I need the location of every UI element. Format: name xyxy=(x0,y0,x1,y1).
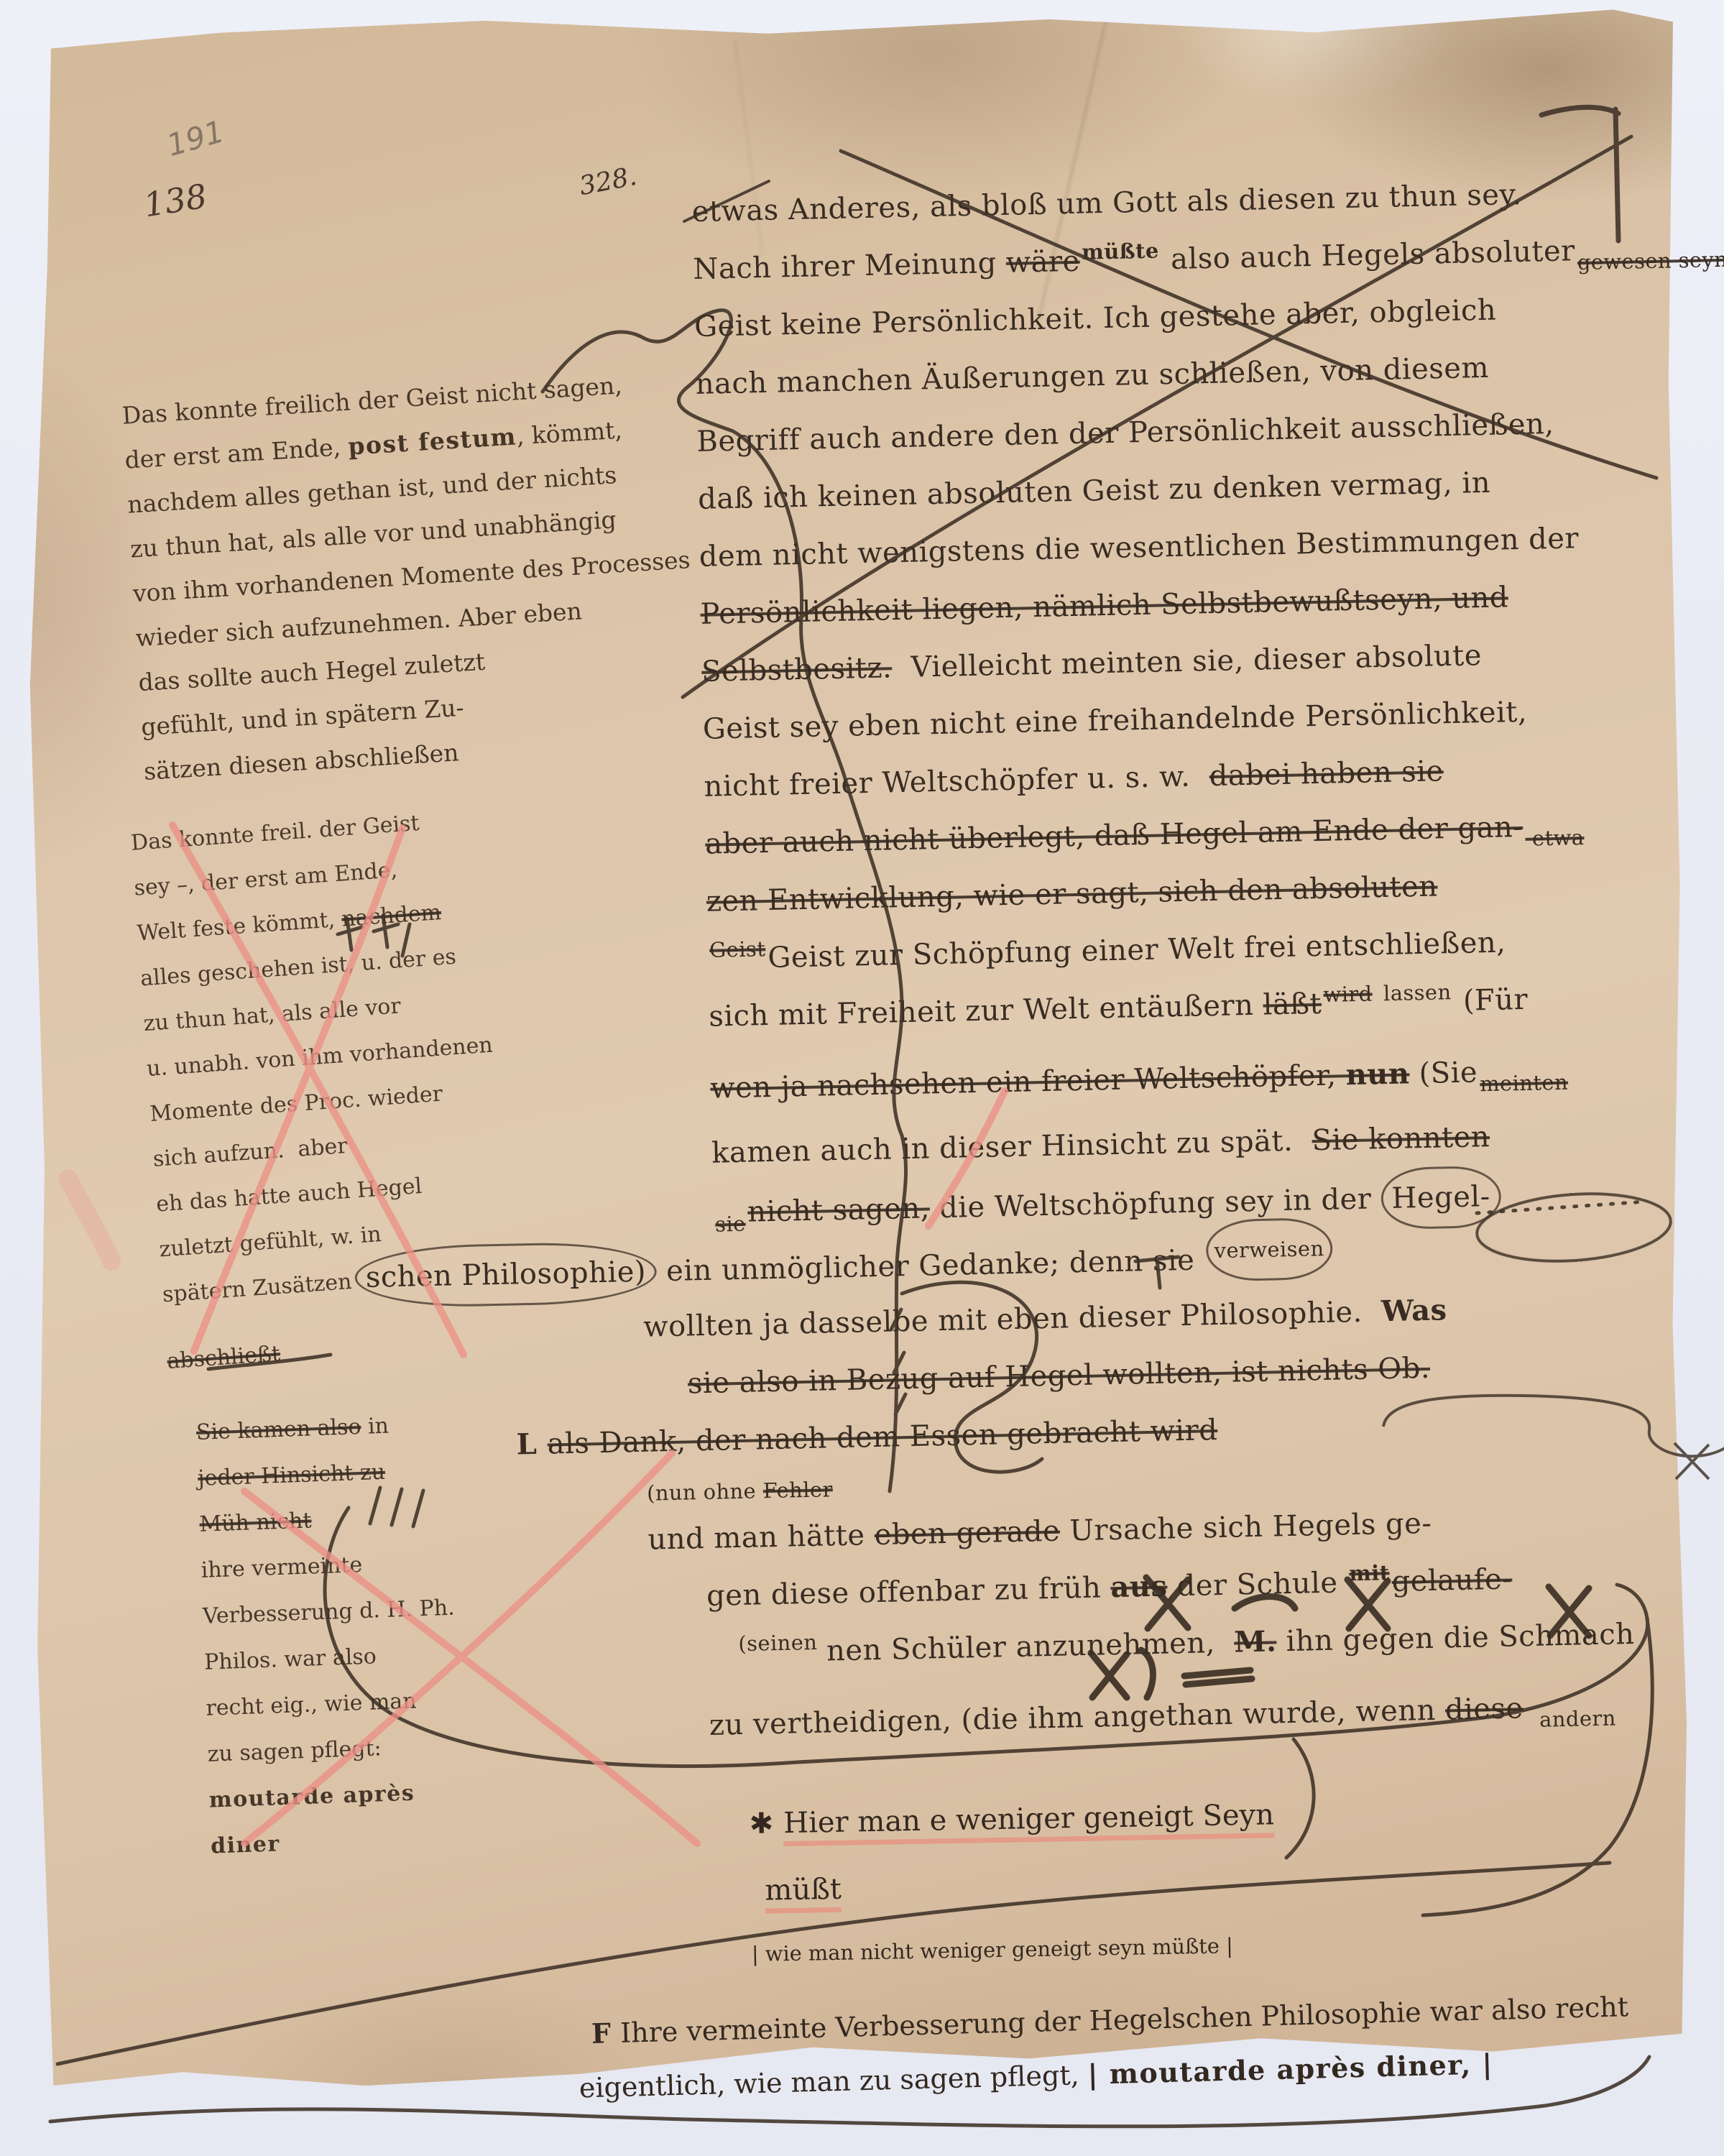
text-segment: Persönlichkeit liegen, nämlich Selbstbew… xyxy=(700,581,1508,631)
text-segment: | moutarde après diner, | xyxy=(1087,2047,1493,2091)
text-segment: mit xyxy=(1348,1544,1390,1602)
text-segment: dabei haben sie xyxy=(1209,755,1444,793)
text-segment: zuletzt gefühlt, w. in xyxy=(159,1222,382,1263)
text-segment: zu vertheidigen, (die ihm angethan wurde… xyxy=(709,1694,1445,1742)
text-segment: wäre xyxy=(1005,245,1080,280)
text-segment: L xyxy=(516,1427,548,1462)
text-segment: nachdem xyxy=(341,900,442,932)
text-segment: Ursache sich Hegels ge- xyxy=(1060,1507,1432,1548)
text-segment: abschließt xyxy=(166,1341,281,1374)
text-segment: schen Philosophie) xyxy=(354,1240,658,1309)
text-segment: nicht sagen, xyxy=(747,1192,931,1228)
text-segment: Vielleicht meinten sie, dieser absolute xyxy=(892,639,1483,684)
text-segment: diese xyxy=(1444,1692,1524,1726)
text-line: müßt xyxy=(765,1844,1541,1925)
text-segment: Begriff auch andere den der Persönlichke… xyxy=(696,407,1554,459)
text-segment: Hegel- xyxy=(1380,1166,1502,1230)
text-segment: wen ja nachsehen ein freier Weltschöpfer… xyxy=(710,1059,1346,1105)
text-segment: sie also in Bezug auf Hegel wollten, ist… xyxy=(688,1352,1431,1401)
text-segment: Geist keine Persönlichkeit. Ich gestehe … xyxy=(694,294,1497,344)
text-segment: Geist sey eben nicht eine freihandelnde … xyxy=(702,696,1527,746)
text-segment: ihn gegen die Schmach xyxy=(1276,1618,1635,1658)
text-segment: wollten ja dasselbe mit eben dieser Phil… xyxy=(643,1295,1382,1343)
text-segment: aus xyxy=(1110,1570,1168,1605)
text-segment: spätern Zusätzen xyxy=(162,1269,353,1307)
text-segment: jeder Hinsicht zu xyxy=(198,1460,386,1491)
text-segment: Philos. war also xyxy=(204,1644,377,1674)
text-segment: nicht freier Weltschöpfer u. s. w. xyxy=(704,760,1209,803)
text-segment: Nach ihrer Meinung xyxy=(693,247,1006,286)
text-segment: Sie kamen also xyxy=(195,1414,361,1445)
text-segment: ihre vermeinte xyxy=(200,1552,363,1583)
text-segment: sich aufzun. aber xyxy=(152,1133,349,1172)
text-segment: andern xyxy=(1525,1689,1616,1749)
text-segment: zu thun hat, als alle vor xyxy=(143,993,402,1036)
text-segment: lassen xyxy=(1376,963,1452,1022)
text-segment: zu sagen pflegt: xyxy=(207,1736,382,1766)
text-segment: sey –, der erst am Ende, xyxy=(133,857,398,901)
text-segment: (Für xyxy=(1453,983,1528,1018)
text-segment: eben gerade xyxy=(874,1515,1060,1552)
text-segment: M. xyxy=(1234,1624,1277,1659)
text-segment: daß ich keinen absoluten Geist zu denken… xyxy=(698,466,1491,516)
text-segment: | wie man nicht weniger geneigt seyn müß… xyxy=(752,1933,1233,1966)
text-segment: sie xyxy=(714,1195,746,1253)
text-segment: recht eig., wie man xyxy=(206,1689,417,1721)
text-segment: also auch Hegels absoluter xyxy=(1161,234,1575,276)
text-segment: (Sie xyxy=(1409,1056,1478,1090)
text-segment: (seinen xyxy=(738,1613,825,1672)
text-segment: nach manchen Äußerungen zu schließen, vo… xyxy=(695,351,1489,401)
text-segment: sich mit Freiheit zur Welt entäußern xyxy=(709,989,1263,1033)
text-segment: gelaufe- xyxy=(1391,1563,1513,1599)
text-segment: meinten xyxy=(1479,1054,1568,1113)
text-segment: Sie konnten xyxy=(1312,1120,1490,1157)
text-segment: der Schule xyxy=(1167,1566,1347,1603)
text-segment: F xyxy=(591,2017,620,2050)
text-segment: diner xyxy=(211,1831,281,1858)
text-segment: wird xyxy=(1323,965,1373,1023)
text-segment: eigentlich, wie man zu sagen pflegt, xyxy=(578,2059,1088,2104)
text-line: zu vertheidigen, (die ihm angethan wurde… xyxy=(709,1676,1701,1754)
scanned-manuscript-page: { "document": { "kind": "handwritten dra… xyxy=(0,0,1724,2156)
text-segment: (nun ohne xyxy=(647,1478,763,1505)
text-segment: etwa xyxy=(1525,808,1585,867)
main-text-block: etwas Anderes, als bloß um Gott als dies… xyxy=(691,163,1701,1754)
text-segment: als Dank, der nach dem Essen gebracht wi… xyxy=(547,1414,1217,1461)
text-segment: die Weltschöpfung sey in der xyxy=(929,1182,1381,1225)
text-segment: post festum xyxy=(347,423,517,461)
text-segment: nen Schüler anzunehmen, xyxy=(826,1626,1235,1668)
text-segment: Fehler xyxy=(762,1477,833,1503)
text-segment: gewesen seyn xyxy=(1577,231,1724,291)
text-segment: Hier man e weniger geneigt Seyn xyxy=(783,1798,1275,1846)
text-segment: dem nicht wenigstens die wesentlichen Be… xyxy=(699,522,1579,573)
margin-paragraph-first-draft: Das konnte freilich der Geist nicht sage… xyxy=(121,358,734,794)
text-segment: der erst am Ende, xyxy=(124,433,349,474)
text-segment: Selbstbesitz. xyxy=(701,651,893,688)
text-segment: kamen auch in dieser Hinsicht zu spät. xyxy=(711,1124,1312,1169)
interline-insert-block: ✱ Hier man e weniger geneigt Seynmüßt| w… xyxy=(749,1777,1542,1972)
text-segment: eh das hatte auch Hegel xyxy=(155,1174,423,1217)
text-segment: , kömmt, xyxy=(516,416,623,451)
text-segment: Geist xyxy=(709,920,766,979)
text-segment: gen diese offenbar zu früh xyxy=(706,1571,1111,1613)
text-segment: ✱ xyxy=(749,1807,783,1841)
text-segment: aber auch nicht überlegt, daß Hegel am E… xyxy=(705,811,1524,861)
text-segment: müßt xyxy=(765,1873,842,1914)
text-line: wen ja nachsehen ein freier Weltschöpfer… xyxy=(710,1039,1688,1117)
text-segment: müßte xyxy=(1081,222,1159,281)
text-segment: Müh nicht xyxy=(199,1508,312,1537)
text-segment: moutarde après xyxy=(208,1781,415,1813)
text-segment: etwas Anderes, als bloß um Gott als dies… xyxy=(691,178,1522,229)
text-segment: in xyxy=(361,1414,389,1439)
text-segment: und man hätte xyxy=(647,1519,875,1557)
text-segment: Welt feste kömmt, xyxy=(137,907,343,946)
text-segment: zen Entwicklung, wie er sagt, sich den a… xyxy=(706,870,1438,918)
text-segment: Was xyxy=(1381,1293,1447,1328)
text-segment: Verbesserung d. H. Ph. xyxy=(202,1595,455,1629)
text-segment: nun xyxy=(1345,1056,1410,1092)
text-segment: läßt xyxy=(1263,987,1322,1022)
text-segment: verweisen xyxy=(1205,1217,1333,1282)
